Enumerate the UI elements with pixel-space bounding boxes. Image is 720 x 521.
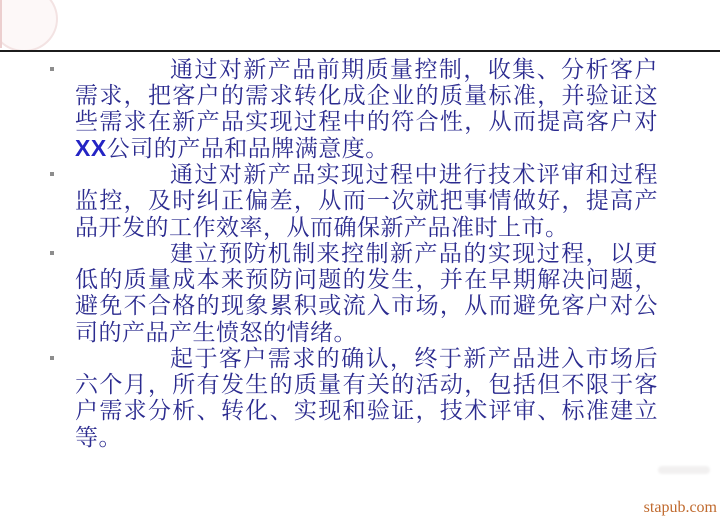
bullet-text: 起于客户需求的确认，终于新产品进入市场后六个月，所有发生的质量有关的活动，包括但…	[75, 346, 658, 450]
bullet-dot-icon	[50, 251, 54, 255]
bullet-paragraph: 通过对新产品前期质量控制，收集、分析客户需求，把客户的需求转化成企业的质量标准，…	[0, 57, 720, 162]
bullet-paragraph: 通过对新产品实现过程中进行技术评审和过程监控，及时纠正偏差，从而一次就把事情做好…	[0, 162, 720, 241]
faded-logo-circle-icon	[0, 0, 58, 52]
bullet-text: 公司的产品和品牌满意度。	[107, 136, 389, 161]
bullet-paragraph: 起于客户需求的确认，终于新产品进入市场后六个月，所有发生的质量有关的活动，包括但…	[0, 346, 720, 451]
left-edge-mark	[0, 0, 2, 48]
bullet-dot-icon	[50, 67, 54, 71]
bullet-dot-icon	[50, 356, 54, 360]
bullet-paragraph: 建立预防机制来控制新产品的实现过程，以更低的质量成本来预防问题的发生，并在早期解…	[0, 241, 720, 346]
slide-canvas: 通过对新产品前期质量控制，收集、分析客户需求，把客户的需求转化成企业的质量标准，…	[0, 0, 720, 521]
bullet-text: 通过对新产品前期质量控制，收集、分析客户需求，把客户的需求转化成企业的质量标准，…	[75, 57, 658, 134]
bullet-text: 通过对新产品实现过程中进行技术评审和过程监控，及时纠正偏差，从而一次就把事情做好…	[75, 162, 658, 240]
faded-watermark-smudge	[658, 466, 710, 474]
bullet-dot-icon	[50, 172, 54, 176]
bullet-text: 建立预防机制来控制新产品的实现过程，以更低的质量成本来预防问题的发生，并在早期解…	[75, 241, 658, 345]
header-divider-rule	[0, 50, 720, 52]
company-placeholder-text: XX	[75, 135, 107, 161]
slide-body: 通过对新产品前期质量控制，收集、分析客户需求，把客户的需求转化成企业的质量标准，…	[0, 57, 720, 451]
site-watermark: stapub.com	[644, 499, 717, 517]
